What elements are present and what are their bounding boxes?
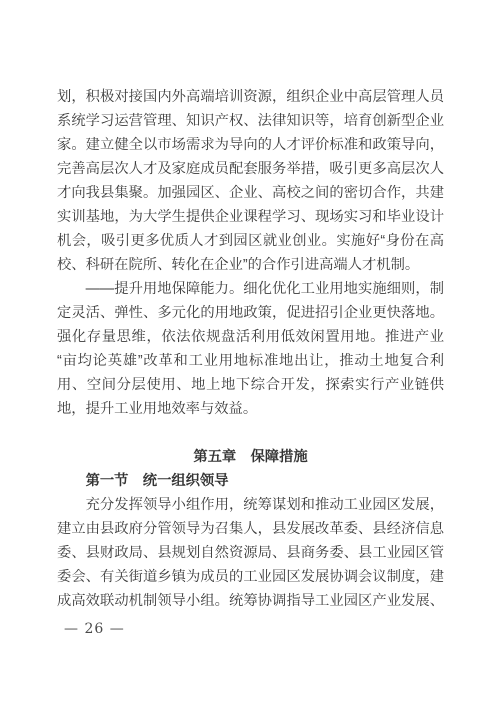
text-line: 定灵活、弹性、多元化的用地政策，促进招引企业更快落地。 [57, 301, 444, 325]
text-line: 用、空间分层使用、地上地下综合开发，探索实行产业链供 [57, 373, 444, 397]
chapter-heading: 第五章 保障措施 [57, 445, 444, 469]
text-line: 强化存量思维，依法依规盘活利用低效闲置用地。推进产业 [57, 325, 444, 349]
section-heading: 第一节 统一组织领导 [57, 469, 444, 493]
text-line: 委、县财政局、县规划自然资源局、县商务委、县工业园区管 [57, 541, 444, 565]
text-line: 建立由县政府分管领导为召集人，县发展改革委、县经济信息 [57, 517, 444, 541]
document-body: 划，积极对接国内外高端培训资源，组织企业中高层管理人员系统学习运营管理、知识产权… [57, 85, 444, 613]
text-line: 校、科研在院所、转化在企业”的合作引进高端人才机制。 [57, 253, 444, 277]
page-number: — 26 — [64, 620, 125, 638]
text-line: 划，积极对接国内外高端培训资源，组织企业中高层管理人员 [57, 85, 444, 109]
document-page: 划，积极对接国内外高端培训资源，组织企业中高层管理人员系统学习运营管理、知识产权… [0, 0, 500, 707]
text-line: “亩均论英雄”改革和工业用地标准地出让，推动土地复合利 [57, 349, 444, 373]
text-line: 实训基地，为大学生提供企业课程学习、现场实习和毕业设计 [57, 205, 444, 229]
text-line: 委会、有关街道乡镇为成员的工业园区发展协调会议制度，建 [57, 565, 444, 589]
text-line: 家。建立健全以市场需求为导向的人才评价标准和政策导向， [57, 133, 444, 157]
text-line: 充分发挥领导小组作用，统筹谋划和推动工业园区发展， [57, 493, 444, 517]
text-line: 才向我县集聚。加强园区、企业、高校之间的密切合作，共建 [57, 181, 444, 205]
text-line: 地，提升工业用地效率与效益。 [57, 397, 444, 421]
text-line: ——提升用地保障能力。细化优化工业用地实施细则，制 [57, 277, 444, 301]
text-line: 成高效联动机制领导小组。统筹协调指导工业园区产业发展、 [57, 589, 444, 613]
text-line: 完善高层次人才及家庭成员配套服务举措，吸引更多高层次人 [57, 157, 444, 181]
text-line: 系统学习运营管理、知识产权、法律知识等，培育创新型企业 [57, 109, 444, 133]
text-line: 机会，吸引更多优质人才到园区就业创业。实施好“身份在高 [57, 229, 444, 253]
